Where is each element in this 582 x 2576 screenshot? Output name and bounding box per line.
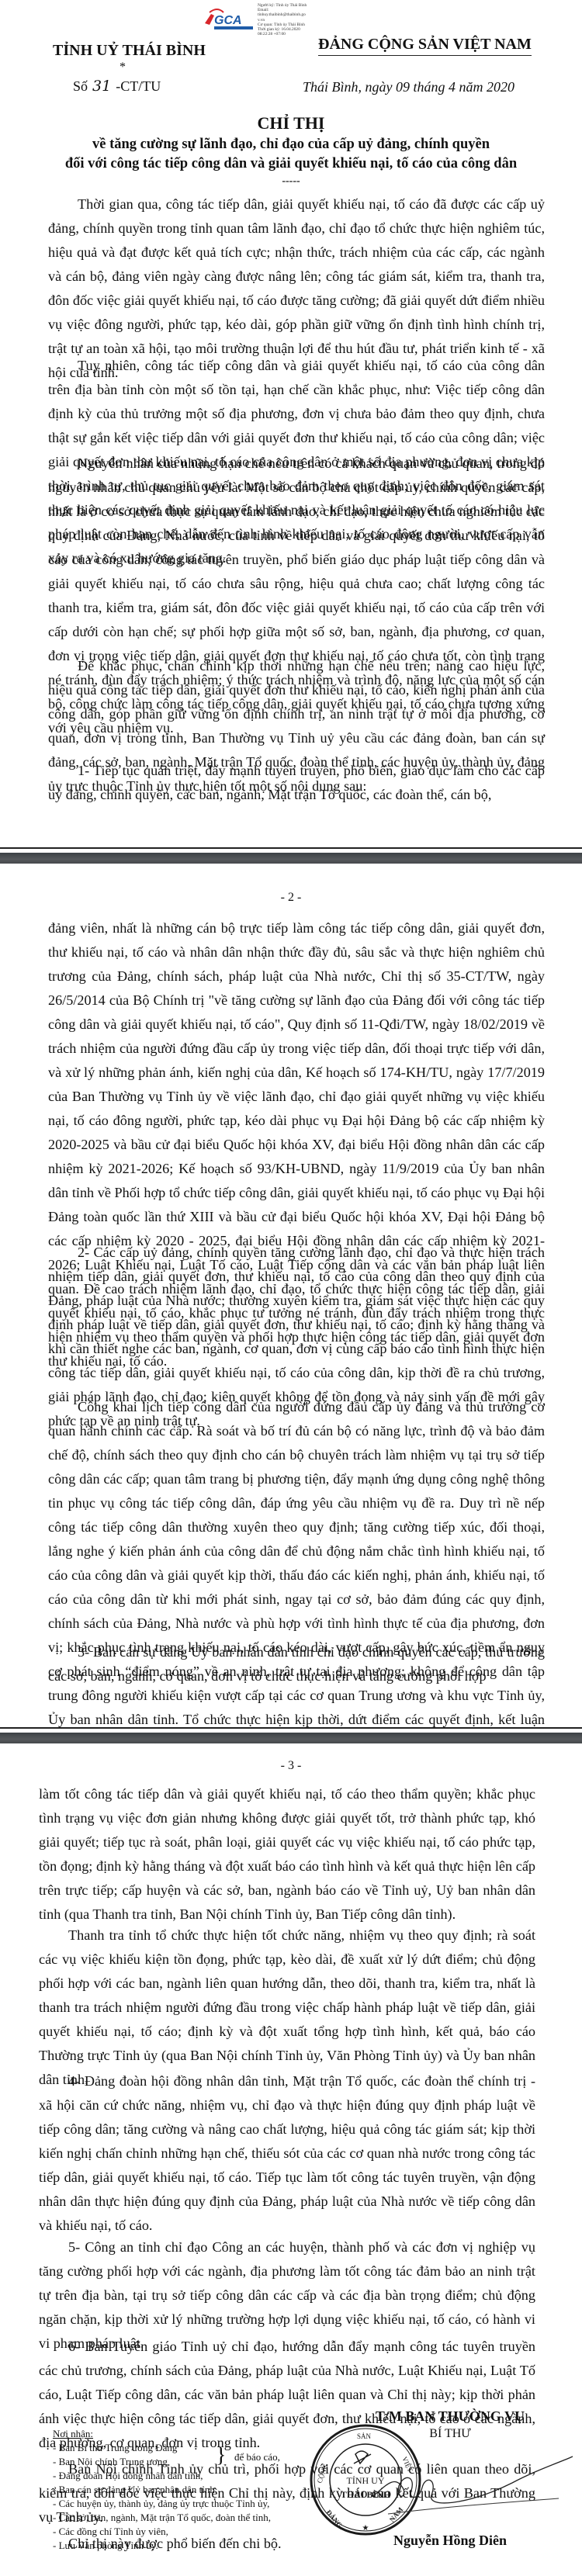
document-page-1: GCA Người ký: Tỉnh ủy Thái Bình Email: t… — [0, 0, 582, 850]
digital-signature-block: GCA Người ký: Tỉnh ủy Thái Bình Email: t… — [203, 3, 320, 34]
recipient-item: - Các đồng chí Tỉnh ủy viên, — [53, 2525, 271, 2539]
recipient-item: - Ban cán sự đảng Uỷ ban nhân dân tỉnh, — [53, 2483, 271, 2497]
page-break-line — [0, 1727, 582, 1729]
issuer-star: * — [120, 61, 126, 74]
party-name: ĐẢNG CỘNG SẢN VIỆT NAM — [318, 36, 532, 56]
document-type: CHỈ THỊ — [0, 113, 582, 133]
page-number: - 3 - — [0, 1759, 582, 1773]
paragraph: 1- Tiếp tục quán triệt, đẩy mạnh tuyên t… — [48, 759, 545, 807]
recipients-list: Nơi nhận: - Ban Bí thư Trung ương Đảng -… — [53, 2427, 271, 2553]
page-separator — [0, 853, 582, 864]
recipient-item: - Đảng đoàn Hội đồng nhân dân tỉnh, — [53, 2469, 271, 2483]
svg-text:SẢN: SẢN — [357, 2432, 372, 2440]
issuer-name: TỈNH UỶ THÁI BÌNH — [53, 42, 206, 60]
handwritten-signature-icon — [372, 2452, 574, 2522]
document-subtitle-line-1: về tăng cường sự lãnh đạo, chỉ đạo của c… — [0, 137, 582, 153]
paragraph: 3- Ban cán sự đảng Uỷ ban nhân dân tỉnh … — [48, 1640, 545, 1688]
page-break-line — [0, 847, 582, 849]
recipient-item: - Lưu Văn phòng Tỉnh ủy. — [53, 2539, 271, 2553]
paragraph: Công khai lịch tiếp công dân của người đ… — [48, 1395, 545, 1756]
page-number: - 2 - — [0, 891, 582, 905]
document-date: Thái Bình, ngày 09 tháng 4 năm 2020 — [303, 79, 514, 95]
document-subtitle-line-2: đối với công tác tiếp công dân và giải q… — [0, 156, 582, 172]
document-number: Số31-CT/TU — [73, 78, 161, 95]
page-separator — [0, 1733, 582, 1743]
svg-text:GCA: GCA — [214, 14, 242, 27]
digital-signature-details: Người ký: Tỉnh ủy Thái Bình Email: tinhu… — [258, 3, 320, 36]
svg-text:CỘNG: CỘNG — [315, 2463, 329, 2484]
paragraph: Thanh tra tỉnh tổ chức thực hiện tốt chứ… — [39, 1923, 535, 2092]
vgca-logo-icon: GCA — [203, 8, 256, 31]
paragraph: 4- Đảng đoàn hội đồng nhân dân tỉnh, Mặt… — [39, 2069, 535, 2238]
paragraph: làm tốt công tác tiếp dân và giải quyết … — [39, 1782, 535, 1927]
recipient-item: - Các huyện ủy, thành ủy, đảng ủy trực t… — [53, 2497, 271, 2511]
document-page-2: - 2 - đảng viên, nhất là những cán bộ tr… — [0, 864, 582, 1731]
signature-on-behalf: T/M BAN THƯỜNG VỤ — [334, 2408, 566, 2425]
recipients-label: Nơi nhận: — [53, 2427, 271, 2441]
signer-name: Nguyễn Hồng Diên — [334, 2533, 566, 2549]
brace-icon: } — [216, 2443, 226, 2469]
svg-text:★: ★ — [362, 2524, 369, 2533]
title-divider: ----- — [0, 175, 582, 188]
recipients-note: để báo cáo, — [234, 2450, 280, 2464]
recipient-item: - Các sở, ban, ngành, Mặt trận Tổ quốc, … — [53, 2511, 271, 2525]
